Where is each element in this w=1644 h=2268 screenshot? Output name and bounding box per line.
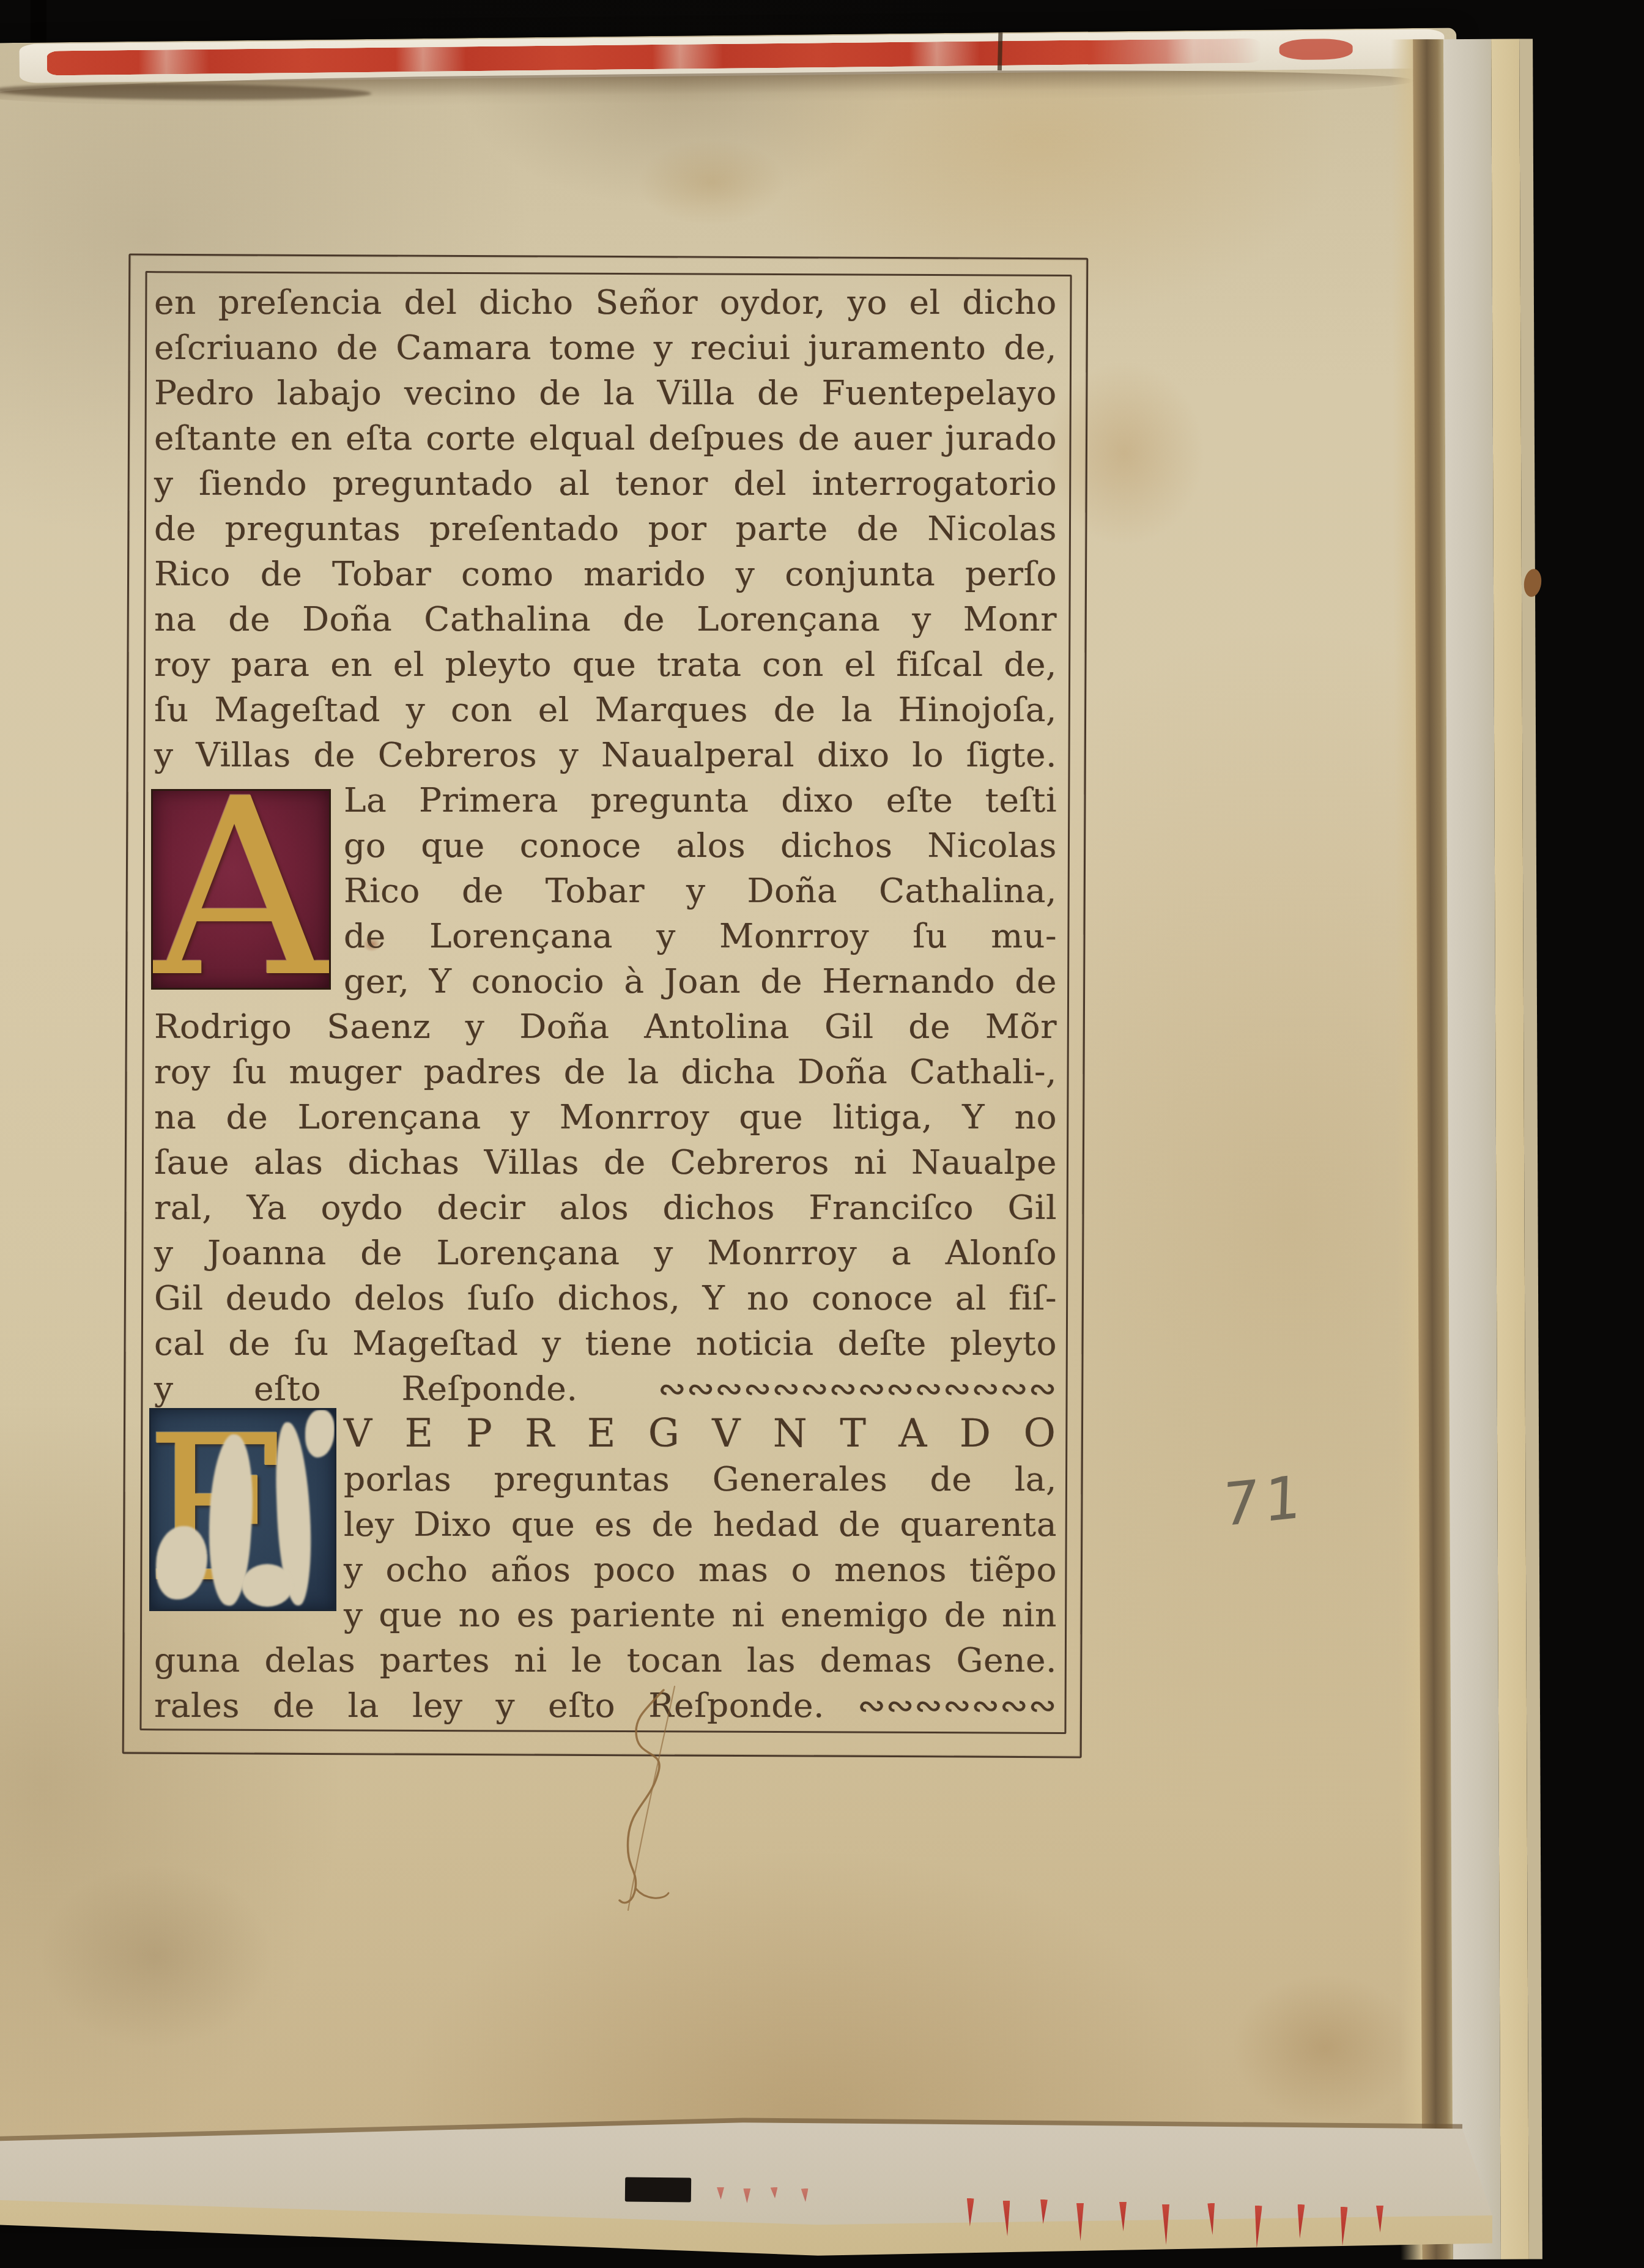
text-line: ſu Mageſtad y con el Marques de la Hinoj… [154,687,1057,733]
text-line: y ocho años poco mas o menos tiẽpo [344,1547,1057,1593]
text-line: Rico de Tobar como marido y conjunta per… [154,552,1057,597]
book-fore-edge [1391,39,1542,2260]
text-line: go que conoce alos dichos Nicolas [344,823,1057,869]
red-painted-edge-segment [1279,39,1352,60]
text-line: ley Dixo que es de hedad de quarenta [344,1502,1057,1547]
text-line: La Primera pregunta dixo eſte teſti [344,778,1057,823]
text-line: roy para en el pleyto que trata con el f… [154,642,1057,687]
bottom-edge-dark-mark [625,2177,691,2202]
text-line: y que no es pariente ni enemigo de nin [344,1593,1057,1638]
manuscript-photo: A F en preſencia del dicho Señor oydor, … [0,0,1644,2268]
text-line: y eſto Reſponde. ∾∾∾∾∾∾∾∾∾∾∾∾∾∾ [154,1366,1057,1412]
text-line: y ſiendo preguntado al tenor del interro… [154,461,1057,506]
text-line: en preſencia del dicho Señor oydor, yo e… [154,280,1057,325]
text-line: y Villas de Cebreros y Naualperal dixo l… [154,733,1057,778]
text-line: roy ſu muger padres de la dicha Doña Cat… [154,1050,1057,1095]
text-line: ger, Y conocio à Joan de Hernando de [344,959,1057,1004]
text-line: na de Doña Cathalina de Lorençana y Monr [154,597,1057,642]
text-line: de Lorençana y Monrroy ſu mu- [344,914,1057,959]
text-line: na de Lorençana y Monrroy que litiga, Y … [154,1095,1057,1140]
pencil-folio-number: 71 [1221,1462,1307,1540]
text-line: cal de ſu Mageſtad y tiene noticia deſte… [154,1321,1057,1366]
text-line: y Joanna de Lorençana y Monrroy a Alonſo [154,1231,1057,1276]
text-line: porlas preguntas Generales de la, [344,1457,1057,1502]
parchment-stain [1232,1973,1417,2122]
text-line: V E P R E G V N T A D O [344,1412,1057,1457]
text-line: ſaue alas dichas Villas de Cebreros ni N… [154,1140,1057,1185]
parchment-stain [638,139,785,226]
text-block: en preſencia del dicho Señor oydor, yo e… [154,280,1057,1736]
text-line: guna delas partes ni le tocan las demas … [154,1638,1057,1683]
text-line: de preguntas preſentado por parte de Nic… [154,506,1057,552]
text-line: Pedro labajo vecino de la Villa de Fuent… [154,371,1057,416]
top-edge-ink-tick [998,32,1003,70]
text-line: ral, Ya oydo decir alos dichos Franciſco… [154,1185,1057,1231]
parchment-stain [39,1863,273,2049]
text-line: eſtante en eſta corte elqual deſpues de … [154,416,1057,461]
text-line: Rodrigo Saenz y Doña Antolina Gil de Mõr [154,1004,1057,1050]
ink-flourish-mark [572,1685,706,1918]
text-line: eſcriuano de Camara tome y reciui jurame… [154,325,1057,371]
text-line: Rico de Tobar y Doña Cathalina, [344,869,1057,914]
text-line: Gil deudo delos ſuſo dichos, Y no conoce… [154,1276,1057,1321]
